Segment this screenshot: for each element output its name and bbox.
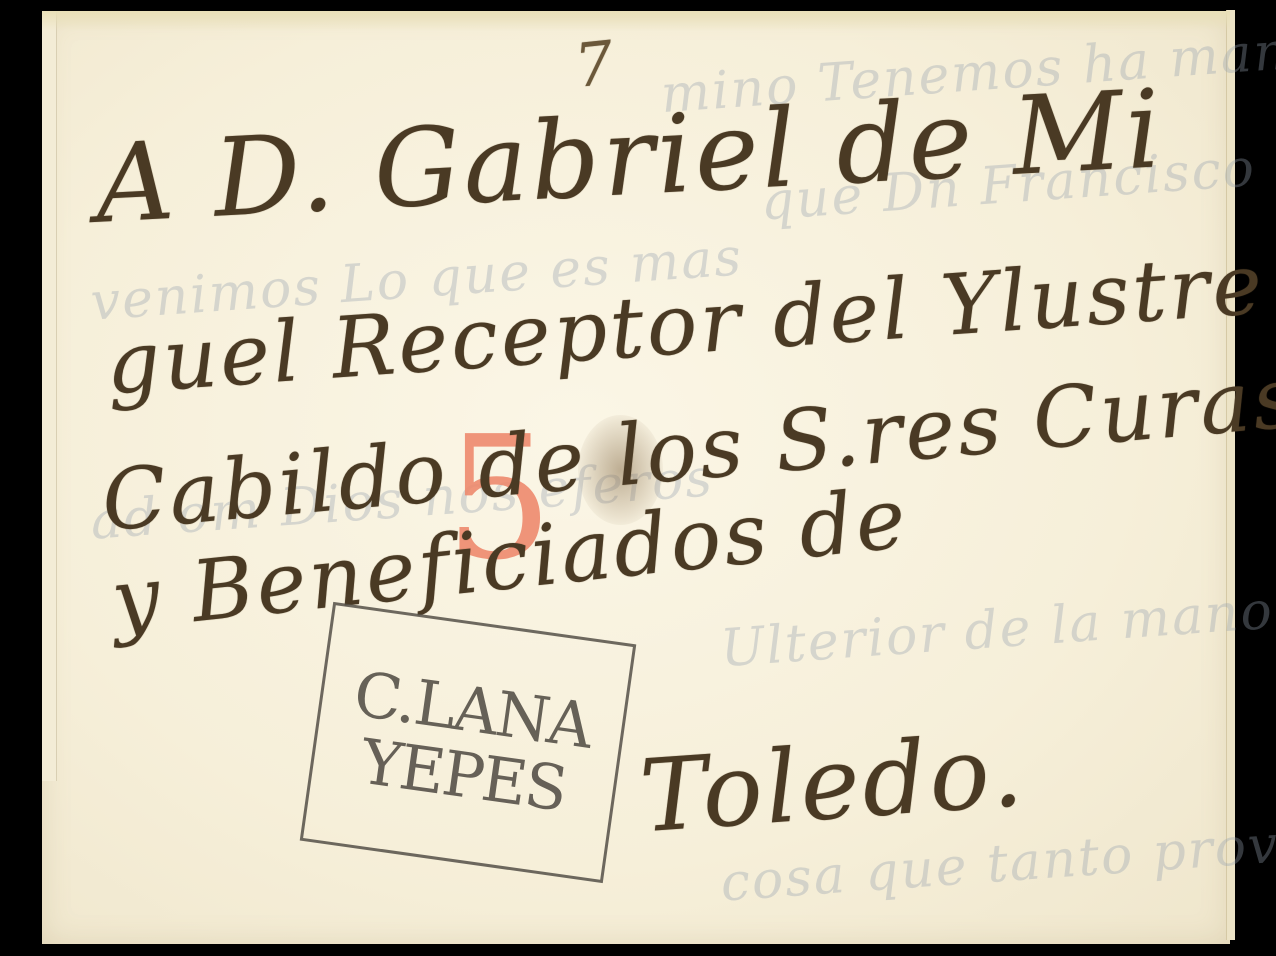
left-fold-edge: [42, 11, 57, 781]
postmark-stamp: C.LANA YEPES: [300, 602, 637, 883]
top-edge-discoloration: [42, 11, 1230, 31]
manuscript-mark: 7: [571, 28, 619, 102]
